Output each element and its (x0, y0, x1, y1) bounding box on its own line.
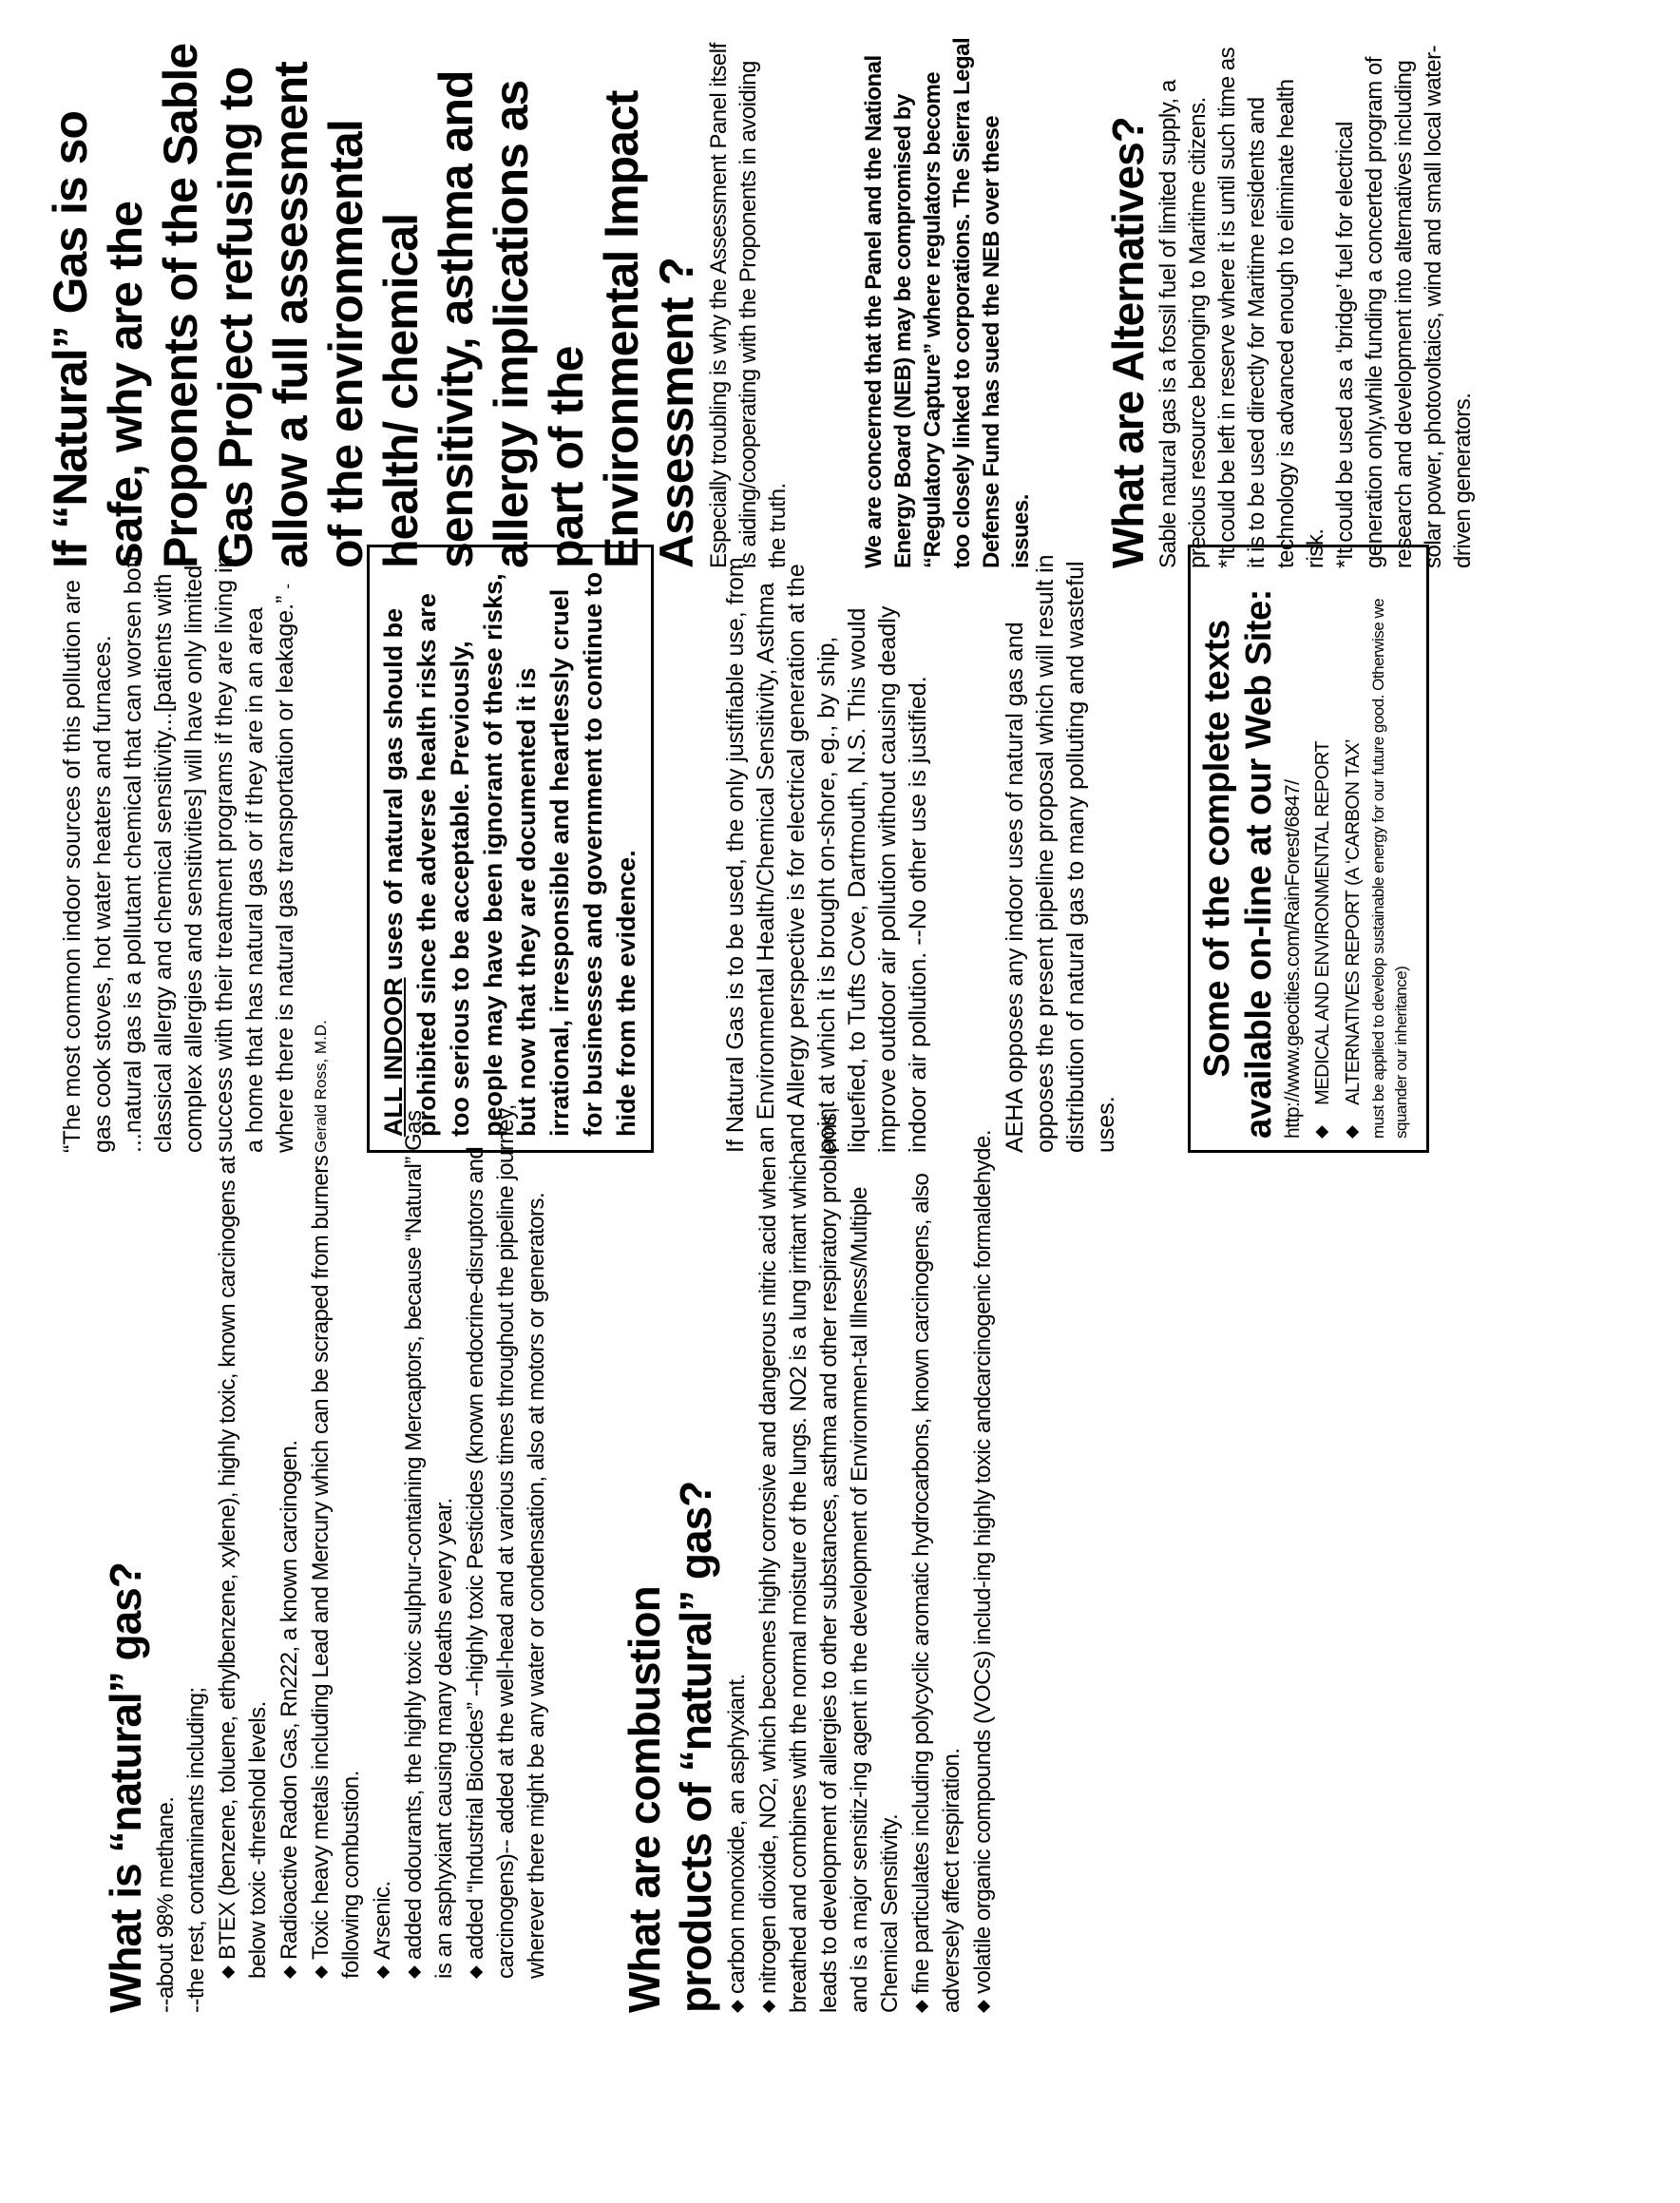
assessment-panel-paragraph: Especially troubling is why the Assessme… (704, 36, 792, 568)
contaminant-item: ◆BTEX (benzene, toluene, ethylbenzene, x… (212, 1101, 274, 2013)
spacer (933, 545, 1000, 1153)
diamond-bullet-icon: ◆ (398, 1960, 429, 1979)
combustion-item: ◆nitrogen dioxide, NO2, which becomes hi… (753, 1101, 906, 2013)
middle-column: “The most common indoor sources of this … (57, 545, 1429, 1153)
report-item: ◆ ALTERNATIVES REPORT (A ‘CARBON TAX’ (1337, 559, 1367, 1139)
heading-what-is-natural-gas: What is “natural” gas? (100, 1101, 151, 2013)
web-site-box: Some of the complete texts available on-… (1188, 545, 1429, 1153)
spacer (1121, 545, 1188, 1153)
spacer (336, 545, 367, 1153)
right-column: If “Natural” Gas is so safe, why are the… (43, 36, 1478, 568)
combustion-item: ◆volatile organic compounds (VOCs) inclu… (967, 1101, 999, 2013)
heading-sable-gas-question: If “Natural” Gas is so safe, why are the… (43, 36, 704, 568)
boxed-body: uses of natural gas should be prohibited… (379, 572, 640, 1137)
contaminants-line: --the rest, contaminants including; (181, 1101, 212, 2013)
spacer (552, 1101, 619, 2013)
contaminant-item: ◆Radioactive Radon Gas, Rn222, a known c… (274, 1101, 305, 2013)
combustion-item: ◆fine particulates including polycyclic … (906, 1101, 967, 2013)
contaminant-item: ◆Arsenic. (367, 1101, 398, 2013)
spacer (654, 545, 720, 1153)
heading-combustion-products: What are combustion products of “natural… (619, 1101, 721, 2013)
diamond-bullet-icon: ◆ (721, 1994, 752, 2013)
spacer (792, 36, 859, 568)
heading-alternatives: What are Alternatives? (1102, 36, 1154, 568)
contaminant-item: ◆Toxic heavy metals including Lead and M… (305, 1101, 367, 2013)
left-column: What is “natural” gas? --about 98% metha… (100, 1101, 999, 2013)
combustion-item: ◆carbon monoxide, an asphyxiant. (721, 1101, 753, 2013)
gerald-ross-quote: “The most common indoor sources of this … (57, 545, 336, 1153)
boxed-lead: ALL INDOOR (379, 978, 408, 1138)
diamond-bullet-icon: ◆ (274, 1960, 304, 1979)
aeha-opposition-paragraph: AEHA opposes any indoor uses of natural … (1000, 545, 1121, 1153)
contaminant-item: ◆added “Industrial Biocides” --highly to… (460, 1101, 552, 2013)
spacer (1036, 36, 1102, 568)
sable-fossil-fuel-paragraph: Sable natural gas is a fossil fuel of li… (1154, 36, 1212, 568)
diamond-bullet-icon: ◆ (906, 1994, 936, 2013)
flyer-page: What is “natural” gas? --about 98% metha… (0, 0, 1680, 2203)
web-box-title-2: available on-line at our Web Site: (1238, 559, 1280, 1139)
diamond-bullet-icon: ◆ (460, 1960, 490, 1979)
justifiable-use-paragraph: If Natural Gas is to be used, the only j… (720, 545, 933, 1153)
indoor-use-statement-box: ALL INDOOR uses of natural gas should be… (367, 545, 654, 1153)
web-site-url[interactable]: http://www.geocities.com/RainForest/6847… (1280, 559, 1307, 1139)
carbon-tax-note: must be applied to develop sustainable e… (1367, 559, 1413, 1139)
diamond-bullet-icon: ◆ (367, 1960, 397, 1979)
regulatory-capture-paragraph: We are concerned that the Panel and the … (859, 36, 1036, 568)
alternative-item: *It could be used as a ‘bridge’ fuel for… (1330, 36, 1478, 568)
methane-line: --about 98% methane. (151, 1101, 181, 2013)
diamond-bullet-icon: ◆ (967, 1994, 998, 2013)
diamond-bullet-icon: ◆ (305, 1960, 335, 1979)
report-item: ◆ MEDICAL AND ENVIRONMENTAL REPORT (1307, 559, 1337, 1139)
diamond-bullet-icon: ◆ (1307, 1120, 1335, 1139)
web-box-title: Some of the complete texts (1196, 559, 1238, 1139)
diamond-bullet-icon: ◆ (212, 1960, 242, 1979)
alternative-item: *It could be left in reserve where it is… (1212, 36, 1330, 568)
contaminant-item: ◆added odourants, the highly toxic sulph… (398, 1101, 460, 2013)
diamond-bullet-icon: ◆ (1337, 1120, 1365, 1139)
diamond-bullet-icon: ◆ (753, 1994, 783, 2013)
